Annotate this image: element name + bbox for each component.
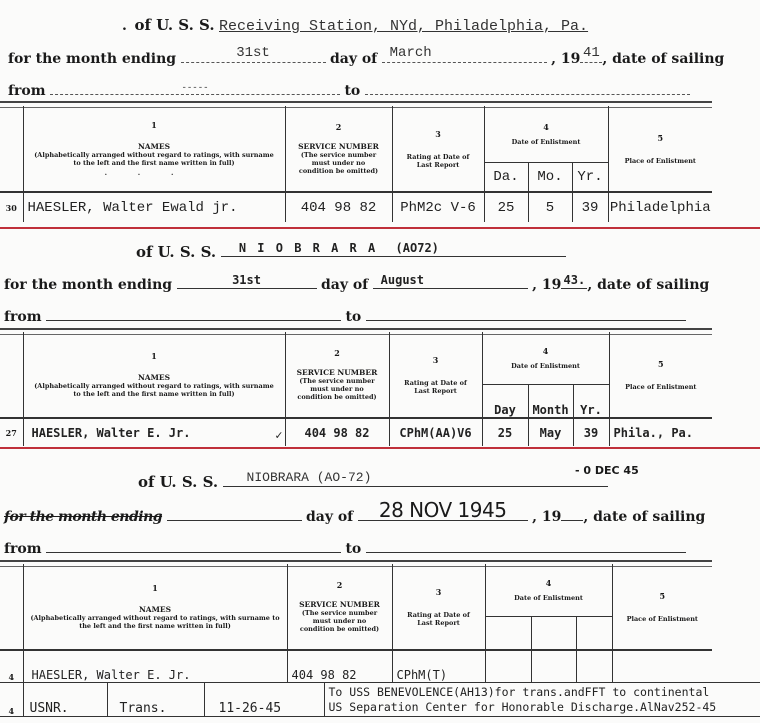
date-of-sailing-label: , date of sailing <box>583 509 705 525</box>
enlist-day-cell: 25 <box>482 418 528 446</box>
ship-label: of U. S. S. <box>138 473 218 491</box>
ship-label: of U. S. S. <box>134 16 214 34</box>
subheader-month: Mo. <box>528 162 572 192</box>
header-place: 5 Place of Enlistment <box>609 332 712 418</box>
date-stamp: 28 NOV 1945 <box>358 498 528 522</box>
subheader-month: Month <box>528 384 573 418</box>
subheader-year <box>576 616 612 650</box>
header-service-number: 2 SERVICE NUMBER (The service number mus… <box>287 564 392 650</box>
date-of-sailing-label: , date of sailing <box>587 277 709 293</box>
record-table: 1 NAMES (Alphabetically arranged without… <box>0 332 712 446</box>
enlist-month-cell: 5 <box>528 192 572 222</box>
ship-line: of U. S. S. NIOBRARA (AO-72) <box>138 472 608 491</box>
table-row: 30 HAESLER, Walter Ewald jr. 404 98 82 P… <box>0 192 712 222</box>
enlist-year-cell <box>576 650 612 682</box>
header-rating: 3 Rating at Date of Last Report <box>392 564 485 650</box>
from-to-line: from to <box>4 306 686 325</box>
header-place: 5 Place of Enlistment <box>608 106 712 192</box>
record-table: 1 NAMES (Alphabetically arranged without… <box>0 106 712 222</box>
to-label: to <box>344 83 360 99</box>
month-ending-label: for the month ending <box>4 277 172 293</box>
subheader-day <box>485 616 531 650</box>
day-of-label: day of <box>306 509 353 525</box>
from-to-line: from to <box>4 538 686 557</box>
header-date-of-enlistment: 4 Date of Enlistment <box>485 564 612 616</box>
year-value: 43. <box>561 273 587 287</box>
row-number: 4 <box>0 683 23 717</box>
enlist-month-cell: May <box>528 418 573 446</box>
row-number: 27 <box>0 418 23 446</box>
year-prefix: , 19 <box>551 51 580 67</box>
remarks-line-2: US Separation Center for Honorable Disch… <box>329 700 760 715</box>
name-cell: HAESLER, Walter E. Jr. <box>23 650 287 682</box>
enlist-month-cell <box>531 650 576 682</box>
month-ending-line: for the month ending 31st day of March ,… <box>8 48 724 67</box>
month-ending-label-struck: for the month ending <box>4 509 162 525</box>
row-number: 4 <box>0 650 23 682</box>
enlist-day-cell: 25 <box>484 192 528 222</box>
place-cell: Phila., Pa. <box>609 418 712 446</box>
header-service-number: 2 SERVICE NUMBER (The service number mus… <box>285 106 392 192</box>
service-number-cell: 404 98 82 <box>285 192 392 222</box>
subheader-year: Yr. <box>572 162 608 192</box>
ship-line: of U. S. S. N I O B R A R A(AO72) <box>136 242 566 261</box>
year-prefix: , 19 <box>532 509 561 525</box>
ship-name: N I O B R A R A <box>221 241 396 255</box>
from-label: from <box>4 541 42 557</box>
header-names: 1 NAMES (Alphabetically arranged without… <box>23 564 287 650</box>
from-value: ----- <box>50 83 340 93</box>
year-prefix: , 19 <box>532 277 561 293</box>
day-value: 31st <box>177 273 317 287</box>
table-row: 4 HAESLER, Walter E. Jr. 404 98 82 CPhM(… <box>0 650 712 682</box>
separator-red-1 <box>0 227 760 229</box>
header-names: 1 NAMES (Alphabetically arranged without… <box>23 332 285 418</box>
remarks-row: 4 USNR. Trans. 11-26-45 To USS BENEVOLEN… <box>0 683 760 717</box>
enlist-year-cell: 39 <box>573 418 609 446</box>
header-date-of-enlistment: 4 Date of Enlistment <box>484 106 608 162</box>
record-section-1: . of U. S. S. Receiving Station, NYd, Ph… <box>0 0 760 228</box>
month-ending-line: for the month ending 31st day of August … <box>4 274 709 293</box>
enlist-day-cell <box>485 650 531 682</box>
month-value: August <box>373 273 528 287</box>
date-of-sailing-label: , date of sailing <box>602 51 724 67</box>
service-number-cell: 404 98 82 <box>285 418 389 446</box>
remarks-line-1: To USS BENEVOLENCE(AH13)for trans.andFFT… <box>329 685 760 700</box>
day-of-label: day of <box>321 277 368 293</box>
record-table: 1 NAMES (Alphabetically arranged without… <box>0 564 712 683</box>
from-label: from <box>8 83 46 99</box>
ship-name: Receiving Station, NYd, Philadelphia, Pa… <box>219 18 588 35</box>
subheader-year: Yr. <box>573 384 609 418</box>
table-row: 27 HAESLER, Walter E. Jr. ✓ 404 98 82 CP… <box>0 418 712 446</box>
checkmark-icon: ✓ <box>275 428 282 442</box>
from-label: from <box>4 309 42 325</box>
header-service-number: 2 SERVICE NUMBER (The service number mus… <box>285 332 389 418</box>
month-ending-line: for the month ending day of 28 NOV 1945 … <box>4 506 705 525</box>
separator-red-2 <box>0 447 760 449</box>
ship-hull: (AO72) <box>396 241 566 255</box>
header-rating: 3 Rating at Date of Last Report <box>392 106 484 192</box>
record-section-3: - 0 DEC 45 of U. S. S. NIOBRARA (AO-72) … <box>0 450 760 723</box>
rating-cell: PhM2c V-6 <box>392 192 484 222</box>
day-value: 31st <box>181 45 326 61</box>
place-cell <box>612 650 712 682</box>
to-label: to <box>345 541 361 557</box>
ship-label: of U. S. S. <box>136 243 216 261</box>
day-of-label: day of <box>330 51 377 67</box>
to-label: to <box>345 309 361 325</box>
date-cell: 11-26-45 <box>204 683 324 717</box>
subheader-day: Da. <box>484 162 528 192</box>
record-section-2: of U. S. S. N I O B R A R A(AO72) for th… <box>0 230 760 448</box>
place-cell: Philadelphia <box>608 192 712 222</box>
service-number-cell: 404 98 82 <box>287 650 392 682</box>
action-cell: Trans. <box>107 683 204 717</box>
rating-cell: CPhM(T) <box>392 650 485 682</box>
month-ending-label: for the month ending <box>8 51 176 67</box>
header-date-of-enlistment: 4 Date of Enlistment <box>482 332 609 384</box>
name-cell: HAESLER, Walter E. Jr. ✓ <box>23 418 285 446</box>
ship-name: NIOBRARA (AO-72) <box>223 470 608 485</box>
header-names: 1 NAMES (Alphabetically arranged without… <box>23 106 285 192</box>
month-value: March <box>382 45 547 61</box>
from-to-line: from ----- to <box>8 80 690 99</box>
subheader-day: Day <box>482 384 528 418</box>
year-value: 41 <box>580 45 602 61</box>
rating-cell: CPhM(AA)V6 <box>389 418 482 446</box>
row-number: 30 <box>0 192 23 222</box>
enlist-year-cell: 39 <box>572 192 608 222</box>
remarks-table: 4 USNR. Trans. 11-26-45 To USS BENEVOLEN… <box>0 682 760 717</box>
ship-line: . of U. S. S. Receiving Station, NYd, Ph… <box>122 16 588 35</box>
branch-cell: USNR. <box>23 683 107 717</box>
subheader-month <box>531 616 576 650</box>
remarks-cell: To USS BENEVOLENCE(AH13)for trans.andFFT… <box>324 683 760 717</box>
header-place: 5 Place of Enlistment <box>612 564 712 650</box>
header-rating: 3 Rating at Date of Last Report <box>389 332 482 418</box>
name-cell: HAESLER, Walter Ewald jr. <box>23 192 285 222</box>
